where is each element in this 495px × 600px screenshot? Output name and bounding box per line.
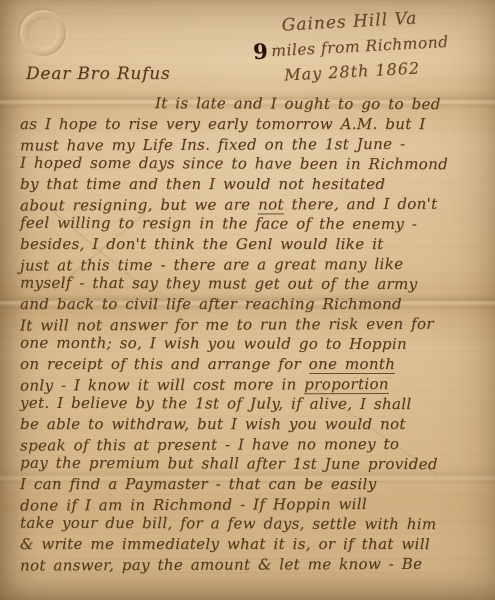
letter-line: not answer, pay the amount & let me know… [20, 553, 487, 575]
letter-line: take your due bill, for a few days, sett… [20, 513, 487, 535]
letter-line: be able to withdraw, but I wish you woul… [20, 414, 487, 434]
letter-line: besides, I don't think the Genl would li… [20, 234, 487, 254]
line-segment: about resigning, but we are [20, 195, 258, 214]
heading-distance-text: miles from Richmond [271, 33, 449, 60]
letter-line: feel willing to resign in the face of th… [20, 213, 487, 235]
underlined-word: not [258, 195, 284, 214]
salutation: Dear Bro Rufus [26, 64, 171, 84]
letter-line: pay the premium but shall after 1st June… [20, 453, 487, 475]
letter-line: & write me immediately what it is, or if… [20, 534, 487, 554]
line-segment: only - I know it will cost more in [20, 375, 304, 394]
letter-page: Gaines Hill Va 9miles from Richmond May … [0, 0, 495, 600]
letter-line: myself - that say they must get out of t… [20, 273, 487, 295]
letter-heading: Gaines Hill Va 9miles from Richmond May … [252, 7, 451, 86]
letter-line: yet. I believe by the 1st of July, if al… [20, 393, 487, 415]
letter-line: and back to civil life after reaching Ri… [20, 294, 487, 314]
letter-line: I can find a Paymaster - that can be eas… [20, 474, 487, 494]
letter-line: one month; so, I wish you would go to Ho… [20, 333, 487, 355]
letter-body: It is late and I ought to go to bed as I… [0, 94, 495, 574]
heading-distance-number: 9 [253, 38, 272, 64]
line-segment: there, and I don't [284, 195, 438, 214]
underlined-word: one month [309, 355, 396, 374]
letter-line: I hoped some days since to have been in … [20, 153, 487, 175]
letter-line: by that time and then I would not hesita… [20, 174, 487, 194]
letter-line: It is late and I ought to go to bed [20, 93, 487, 115]
letter-line: on receipt of this and arrange for one m… [20, 354, 487, 374]
line-segment: on receipt of this and arrange for [20, 355, 309, 373]
letter-line: as I hope to rise very early tomorrow A.… [20, 114, 487, 134]
embossed-seal [20, 10, 66, 56]
underlined-word: proportion [304, 375, 389, 394]
